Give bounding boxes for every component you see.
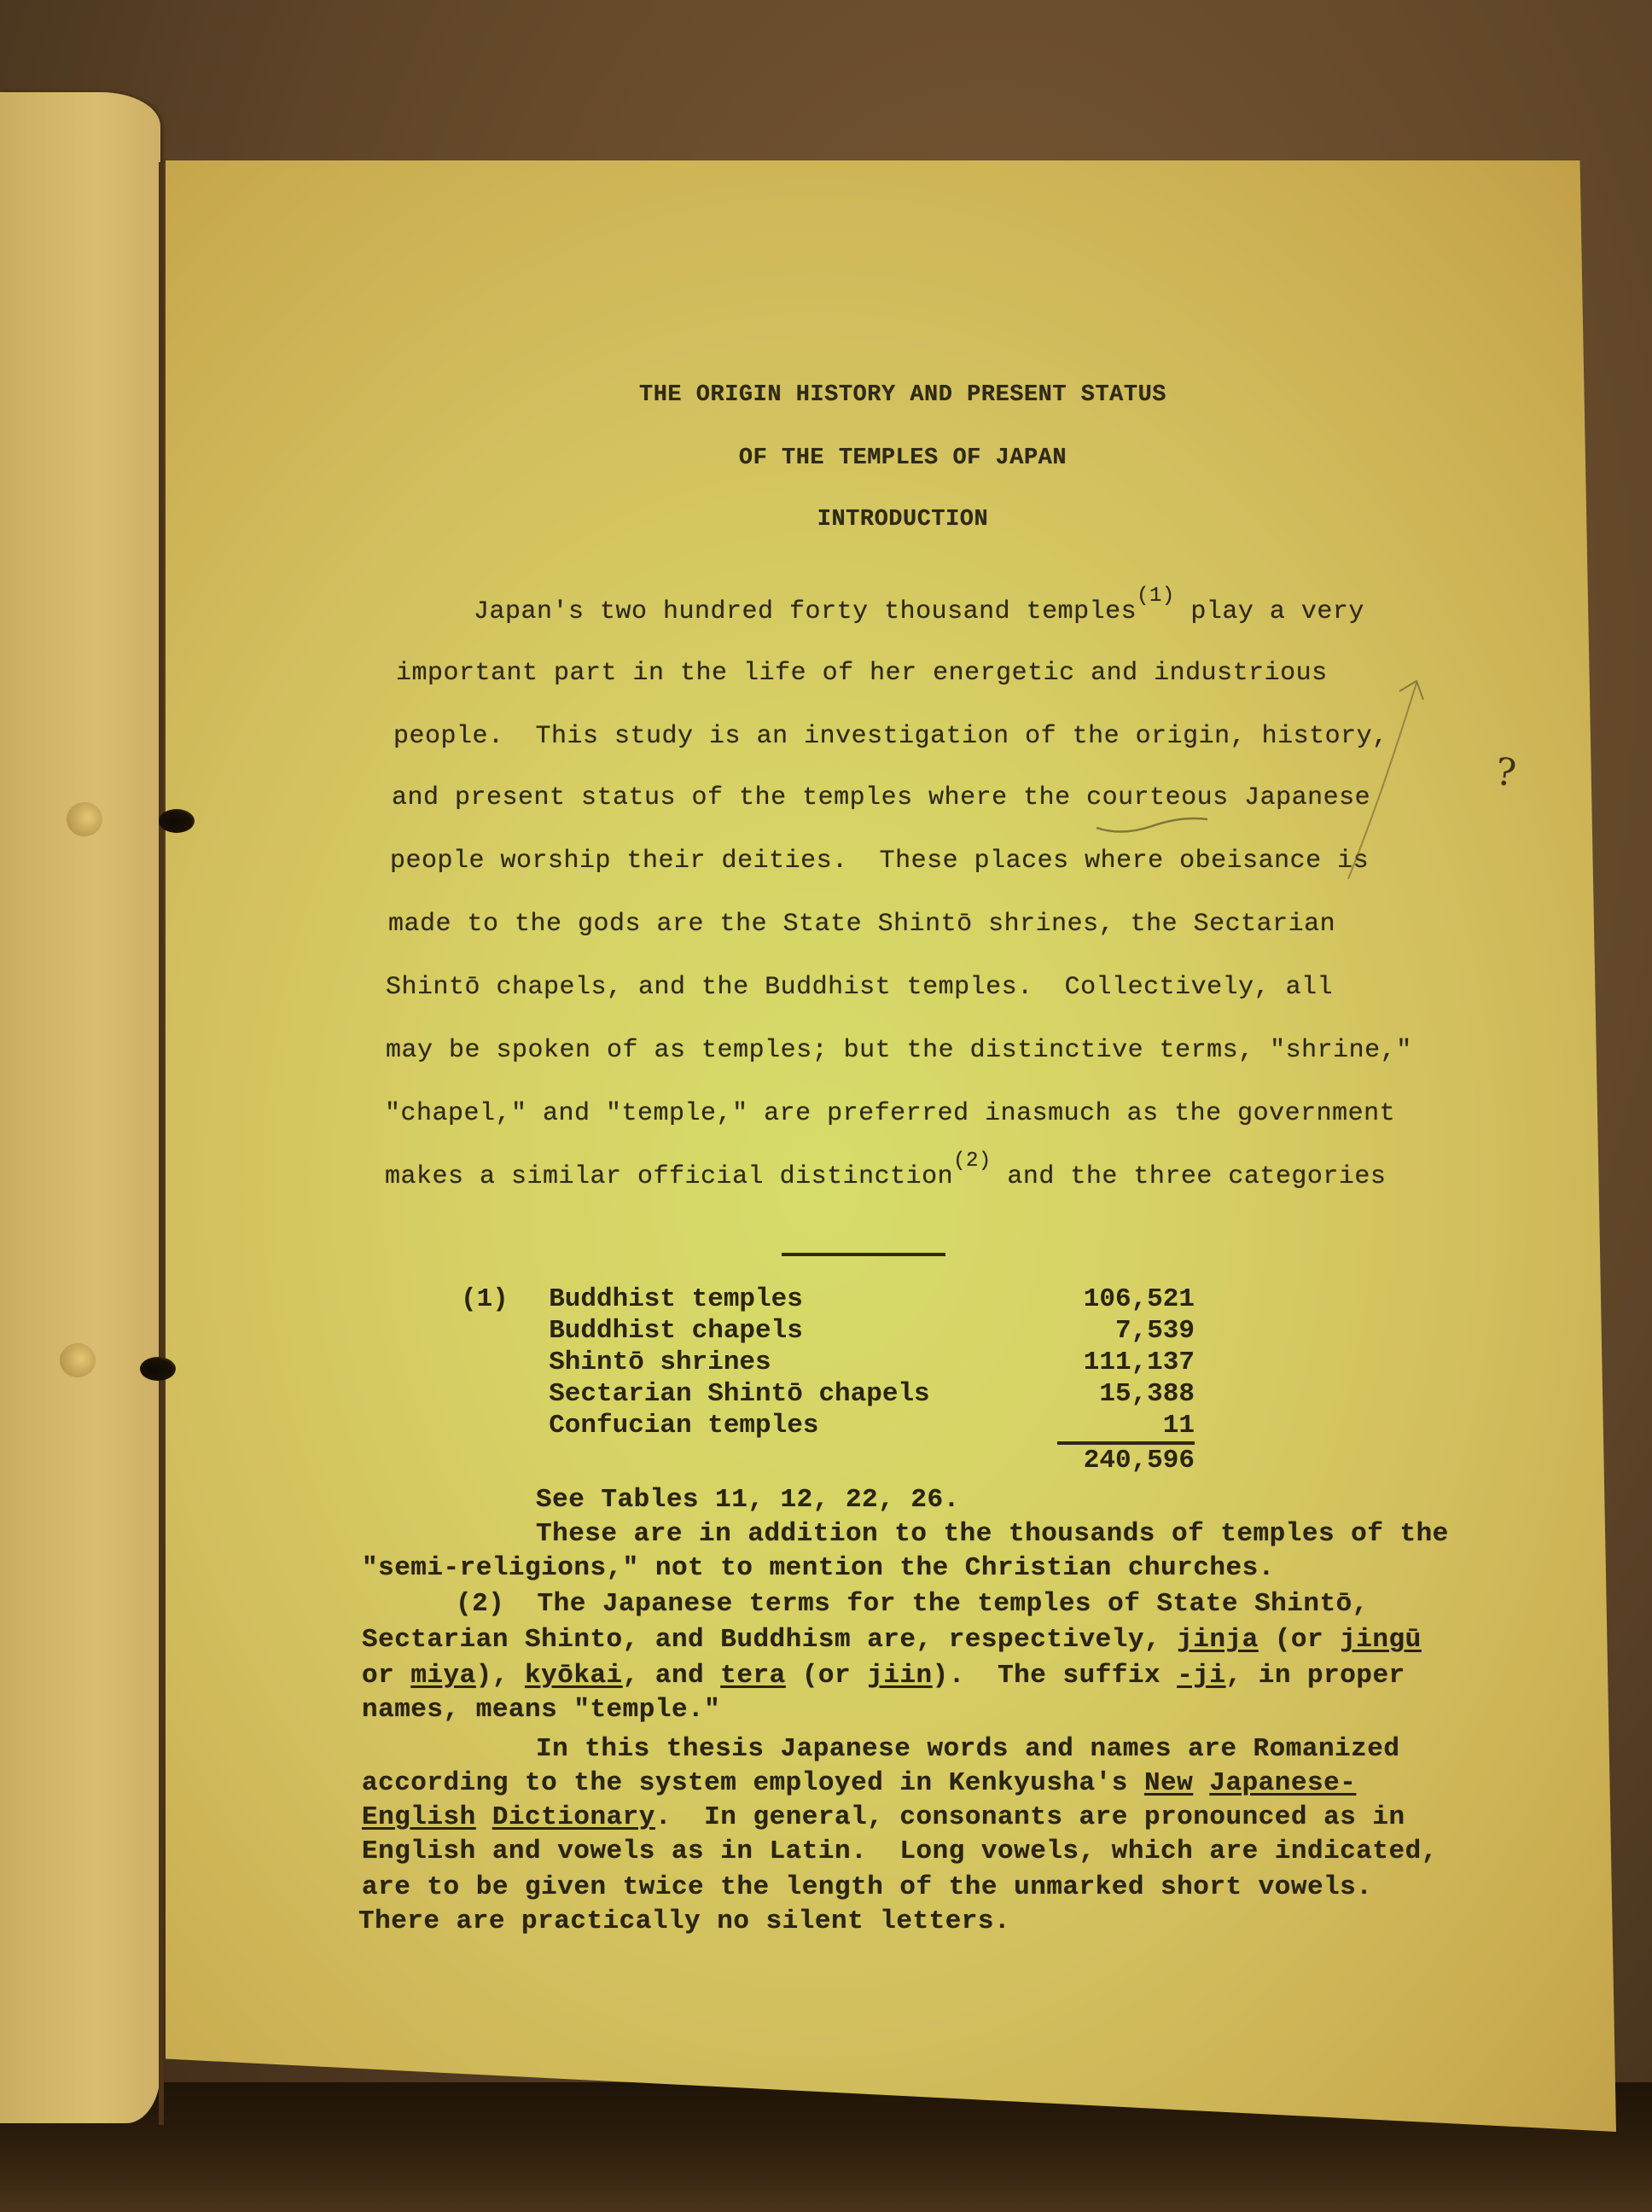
footnote-marker: (2) bbox=[456, 1589, 504, 1619]
footnote-2-line: (2) The Japanese terms for the temples o… bbox=[456, 1589, 1369, 1619]
term-miya: miya bbox=[410, 1661, 475, 1691]
romanization-line: In this thesis Japanese words and names … bbox=[536, 1734, 1399, 1764]
punch-hole-icon bbox=[159, 809, 195, 833]
table-row: Shintō shrines 111,137 bbox=[461, 1347, 1195, 1378]
table-row: Sectarian Shintō chapels 15,388 bbox=[461, 1378, 1195, 1410]
row-label: Buddhist chapels bbox=[549, 1315, 1057, 1347]
footnote-ref-1[interactable]: (1) bbox=[1137, 585, 1175, 608]
body-line: may be spoken of as temples; but the dis… bbox=[386, 1036, 1412, 1065]
footnote-1-table: (1) Buddhist temples 106,521 Buddhist ch… bbox=[461, 1284, 1195, 1476]
body-line: people worship their deities. These plac… bbox=[390, 847, 1369, 876]
pencil-underline-icon bbox=[1092, 811, 1212, 836]
body-line: and present status of the temples where … bbox=[392, 783, 1370, 812]
footnote-marker: (1) bbox=[461, 1284, 549, 1315]
term-new: New bbox=[1144, 1768, 1193, 1798]
term-ji: -ji bbox=[1177, 1661, 1225, 1691]
footnote-text: "semi-religions," not to mention the Chr… bbox=[362, 1553, 1275, 1583]
romanization-line: according to the system employed in Kenk… bbox=[362, 1768, 1356, 1798]
title-line-1: THE ORIGIN HISTORY AND PRESENT STATUS bbox=[0, 382, 1652, 408]
row-value: 15,388 bbox=[1057, 1378, 1195, 1410]
pencil-arrow-icon bbox=[1331, 666, 1451, 888]
romanization-line: English and vowels as in Latin. Long vow… bbox=[362, 1837, 1438, 1866]
punch-hole-icon bbox=[67, 802, 102, 836]
footnote-separator bbox=[782, 1253, 945, 1256]
footnote-text: These are in addition to the thousands o… bbox=[536, 1519, 1449, 1549]
body-line: made to the gods are the State Shintō sh… bbox=[388, 910, 1335, 939]
footnote-2-line: or miya), kyōkai, and tera (or jiin). Th… bbox=[362, 1661, 1405, 1691]
section-heading: INTRODUCTION bbox=[0, 507, 1652, 533]
romanization-line: English Dictionary. In general, consonan… bbox=[362, 1802, 1405, 1832]
row-label: Shintō shrines bbox=[549, 1347, 1057, 1378]
term-jingu: jingū bbox=[1340, 1625, 1422, 1655]
term-japanese: Japanese- bbox=[1209, 1768, 1356, 1798]
punch-hole-icon bbox=[140, 1357, 176, 1381]
body-line: important part in the life of her energe… bbox=[396, 659, 1328, 688]
body-line: Shintō chapels, and the Buddhist temples… bbox=[386, 973, 1333, 1002]
row-value: 106,521 bbox=[1057, 1284, 1195, 1315]
row-value: 11 bbox=[1057, 1410, 1195, 1443]
row-label: Sectarian Shintō chapels bbox=[549, 1378, 1057, 1410]
term-tera: tera bbox=[720, 1661, 785, 1691]
term-jinja: jinja bbox=[1177, 1625, 1259, 1655]
row-label: Confucian temples bbox=[549, 1410, 1057, 1443]
title-line-2: OF THE TEMPLES OF JAPAN bbox=[0, 445, 1652, 471]
table-row: Confucian temples 11 bbox=[461, 1410, 1195, 1443]
punch-hole-icon bbox=[60, 1343, 96, 1377]
body-line: makes a similar official distinction(2) … bbox=[385, 1162, 1386, 1191]
total-value: 240,596 bbox=[1057, 1443, 1195, 1476]
table-row: Buddhist chapels 7,539 bbox=[461, 1315, 1195, 1347]
table-total-row: 240,596 bbox=[461, 1443, 1195, 1476]
row-label: Buddhist temples bbox=[549, 1284, 1057, 1315]
body-line: "chapel," and "temple," are preferred in… bbox=[385, 1099, 1395, 1128]
footnote-ref-2[interactable]: (2) bbox=[953, 1150, 992, 1173]
body-line: Japan's two hundred forty thousand templ… bbox=[474, 597, 1364, 626]
see-tables-note: See Tables 11, 12, 22, 26. bbox=[536, 1485, 960, 1515]
footnote-2-line: names, means "temple." bbox=[362, 1695, 720, 1725]
table-row: (1) Buddhist temples 106,521 bbox=[461, 1284, 1195, 1315]
term-dictionary: Dictionary bbox=[492, 1802, 655, 1832]
body-line: people. This study is an investigation o… bbox=[393, 722, 1388, 751]
romanization-line: There are practically no silent letters. bbox=[358, 1906, 1010, 1936]
romanization-line: are to be given twice the length of the … bbox=[362, 1872, 1372, 1902]
row-value: 111,137 bbox=[1057, 1347, 1195, 1378]
term-jiin: jiin bbox=[867, 1661, 932, 1691]
row-value: 7,539 bbox=[1057, 1315, 1195, 1347]
term-kyokai: kyōkai bbox=[525, 1661, 623, 1691]
term-english: English bbox=[362, 1802, 476, 1832]
footnote-2-line: Sectarian Shinto, and Buddhism are, resp… bbox=[362, 1625, 1422, 1655]
